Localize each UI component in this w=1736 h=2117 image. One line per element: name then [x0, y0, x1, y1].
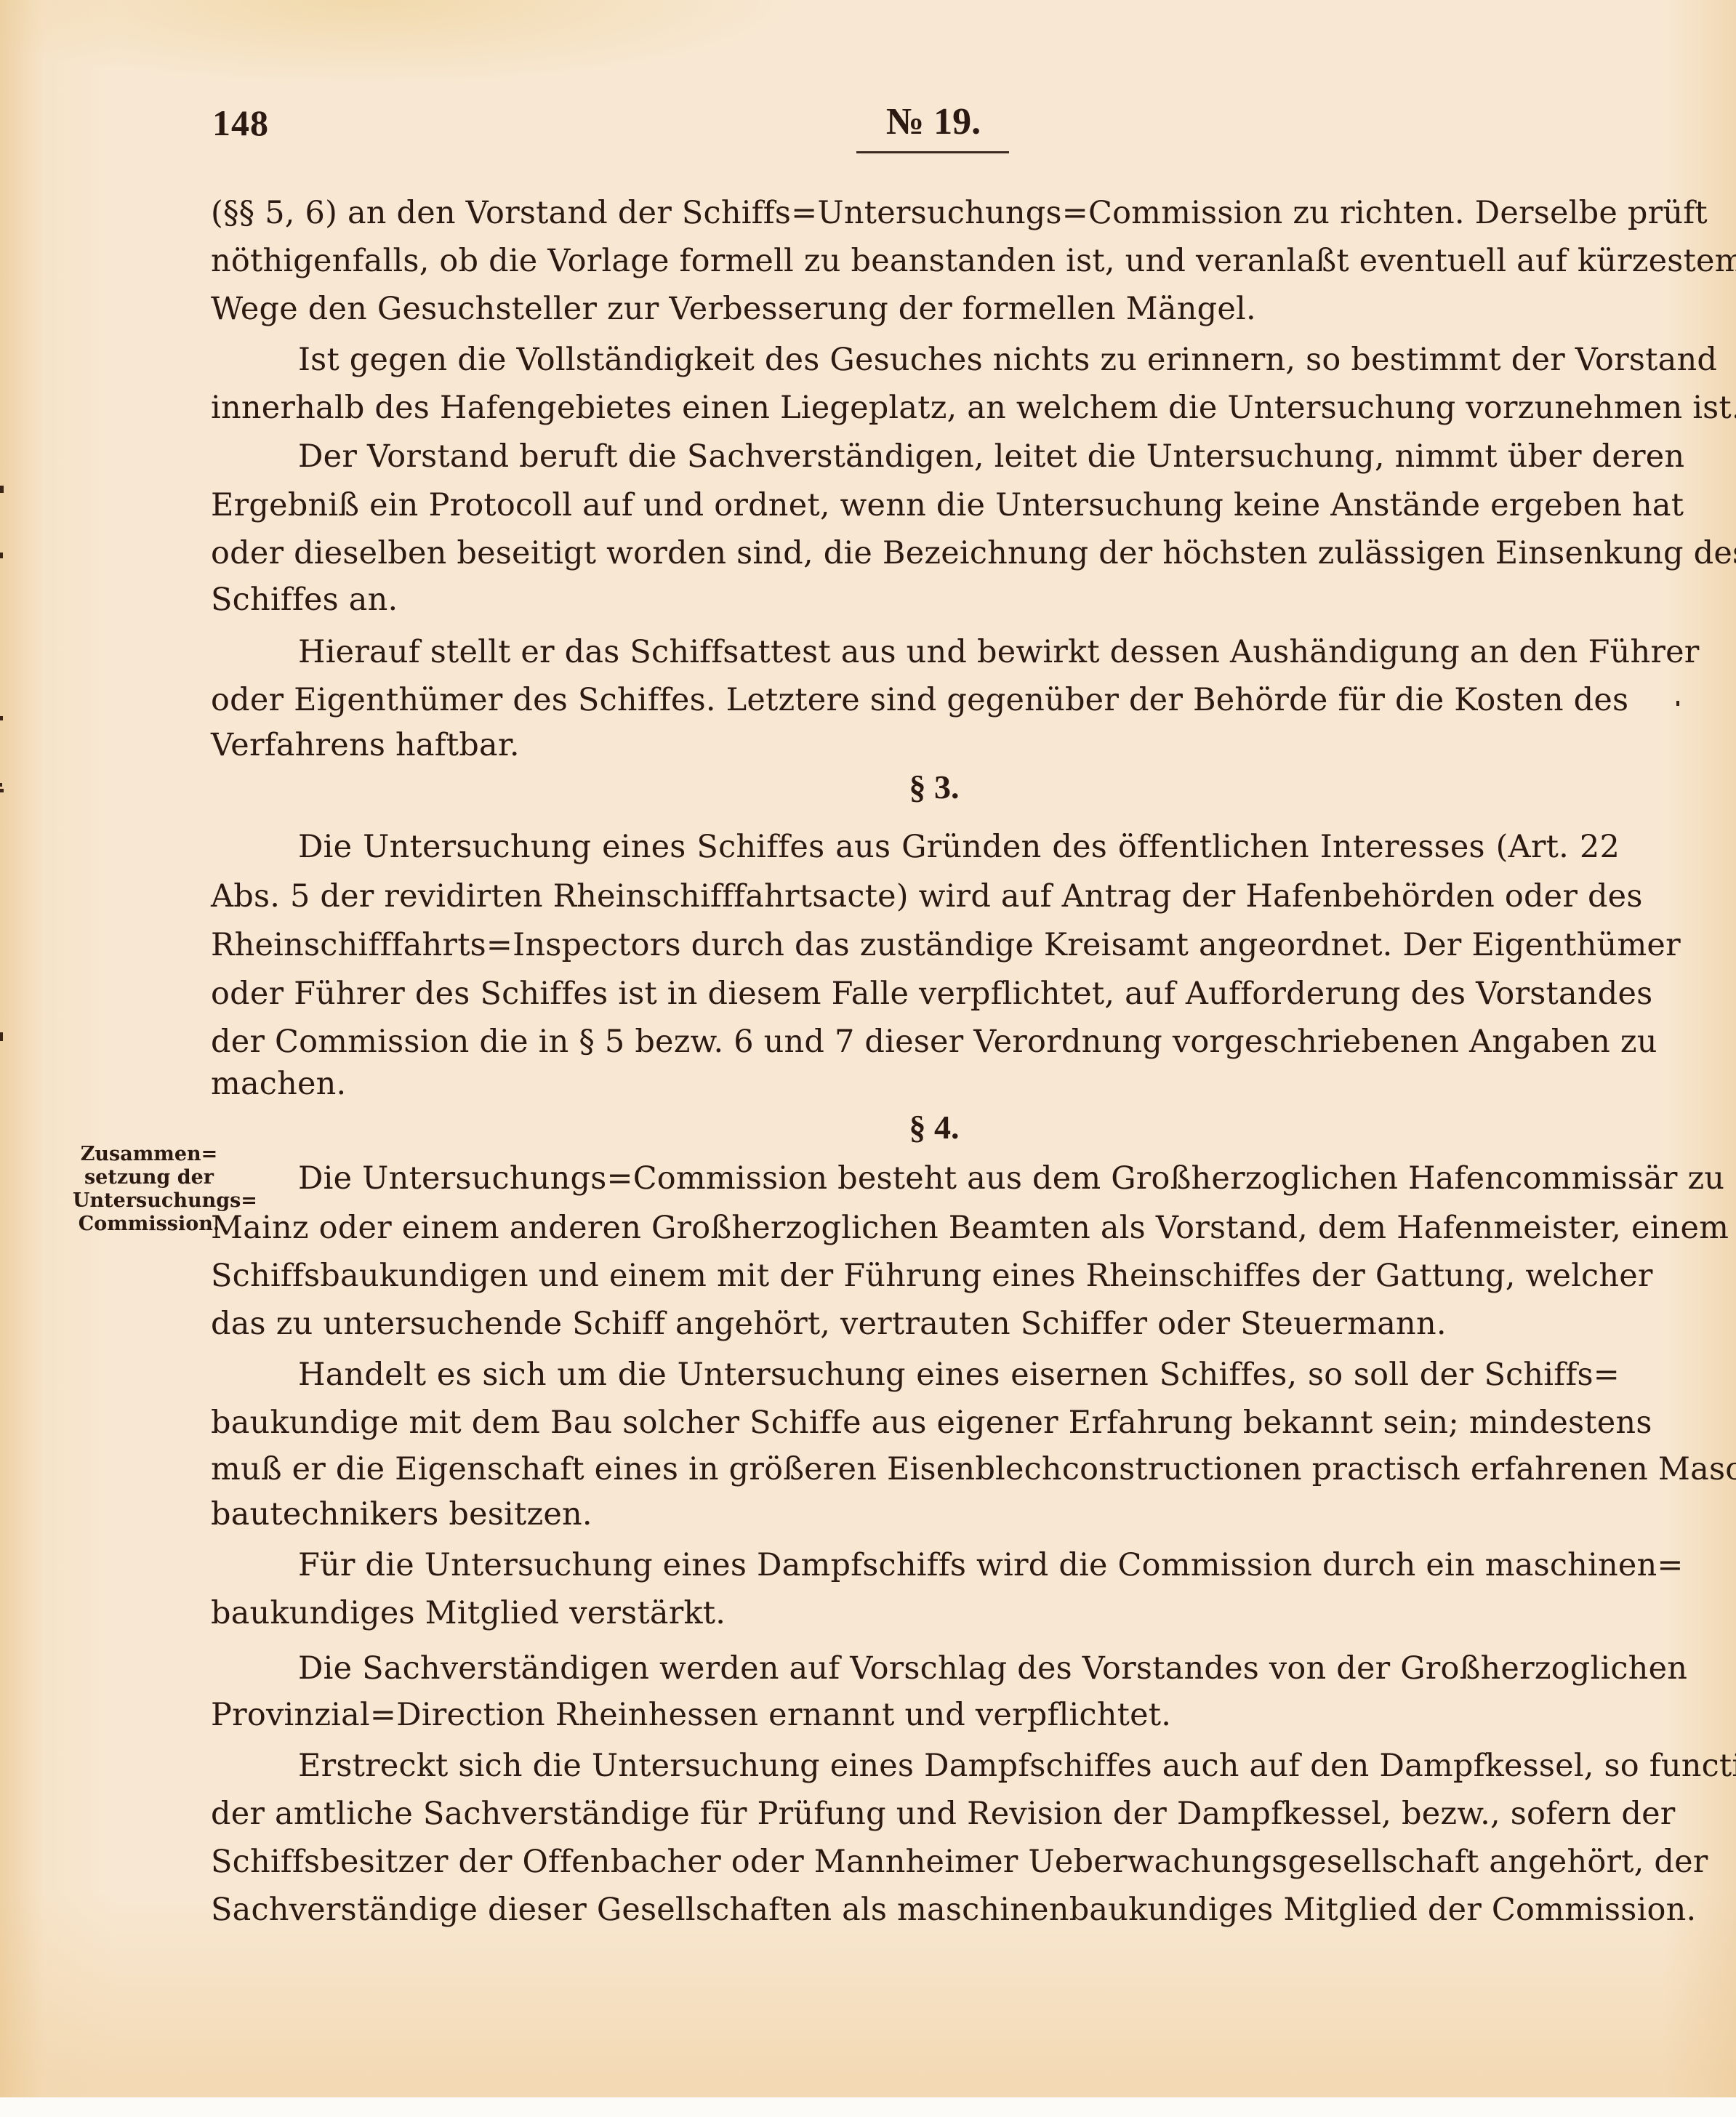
header-rule: [856, 151, 1009, 153]
edge-mark: [0, 789, 4, 792]
text-line: Erstreckt sich die Untersuchung eines Da…: [211, 1748, 1620, 1784]
margin-note-line: Commission.: [73, 1213, 225, 1236]
text-line: der Commission die in § 5 bezw. 6 und 7 …: [211, 1024, 1620, 1060]
text-line: machen.: [211, 1066, 1620, 1102]
issue-number: № 19.: [858, 100, 1009, 143]
text-line: das zu untersuchende Schiff angehört, ve…: [211, 1306, 1620, 1342]
margin-note: Zusammen= setzung der Untersuchungs= Com…: [73, 1143, 225, 1236]
text-line: innerhalb des Hafengebietes einen Liegep…: [211, 390, 1620, 426]
text-line: Die Untersuchungs=Commission besteht aus…: [211, 1160, 1620, 1197]
margin-note-line: Zusammen=: [73, 1143, 225, 1166]
text-line: Handelt es sich um die Untersuchung eine…: [211, 1357, 1620, 1393]
text-line: Sachverständige dieser Gesellschaften al…: [211, 1892, 1620, 1928]
text-line: Schiffsbesitzer der Offenbacher oder Man…: [211, 1844, 1620, 1880]
section-heading-3: § 3.: [858, 768, 1010, 806]
text-line: Ergebniß ein Protocoll auf und ordnet, w…: [211, 487, 1620, 523]
text-line: Verfahrens haftbar.: [211, 727, 1620, 763]
text-line: Provinzial=Direction Rheinhessen ernannt…: [211, 1697, 1620, 1733]
text-line: Abs. 5 der revidirten Rheinschifffahrtsa…: [211, 878, 1620, 915]
text-line: oder Führer des Schiffes ist in diesem F…: [211, 976, 1620, 1012]
edge-mark: [0, 553, 3, 558]
text-line: Der Vorstand beruft die Sachverständigen…: [211, 438, 1620, 475]
section-heading-4: § 4.: [858, 1108, 1010, 1146]
scan-bottom-edge: [0, 2097, 1736, 2117]
margin-note-line: Untersuchungs=: [73, 1189, 225, 1213]
edge-mark: [0, 1032, 3, 1041]
text-line: Mainz oder einem anderen Großherzogliche…: [211, 1210, 1620, 1246]
text-line: baukundiges Mitglied verstärkt.: [211, 1595, 1620, 1631]
edge-mark: [0, 486, 4, 493]
text-line: Schiffes an.: [211, 582, 1620, 618]
text-line: Ist gegen die Vollständigkeit des Gesuch…: [211, 342, 1620, 378]
text-line: oder dieselben beseitigt worden sind, di…: [211, 535, 1620, 571]
text-line: Schiffsbaukundigen und einem mit der Füh…: [211, 1258, 1620, 1294]
text-line: Rheinschifffahrts=Inspectors durch das z…: [211, 927, 1620, 963]
text-line: Wege den Gesuchsteller zur Verbesserung …: [211, 291, 1620, 327]
edge-mark: [0, 783, 2, 787]
text-line: (§§ 5, 6) an den Vorstand der Schiffs=Un…: [211, 195, 1620, 231]
text-line: nöthigenfalls, ob die Vorlage formell zu…: [211, 243, 1620, 279]
page-number: 148: [212, 102, 269, 144]
text-line: Die Untersuchung eines Schiffes aus Grün…: [211, 829, 1620, 865]
text-line: Für die Untersuchung eines Dampfschiffs …: [211, 1547, 1620, 1583]
text-line: bautechnikers besitzen.: [211, 1496, 1620, 1532]
edge-mark: [1676, 701, 1679, 706]
text-line: Hierauf stellt er das Schiffsattest aus …: [211, 634, 1620, 670]
text-line: der amtliche Sachverständige für Prüfung…: [211, 1796, 1620, 1832]
text-line: Die Sachverständigen werden auf Vorschla…: [211, 1650, 1620, 1687]
text-line: muß er die Eigenschaft eines in größeren…: [211, 1451, 1620, 1487]
margin-note-line: setzung der: [73, 1166, 225, 1189]
text-line: baukundige mit dem Bau solcher Schiffe a…: [211, 1405, 1620, 1441]
text-line: oder Eigenthümer des Schiffes. Letztere …: [211, 682, 1620, 718]
edge-mark: [0, 716, 3, 720]
